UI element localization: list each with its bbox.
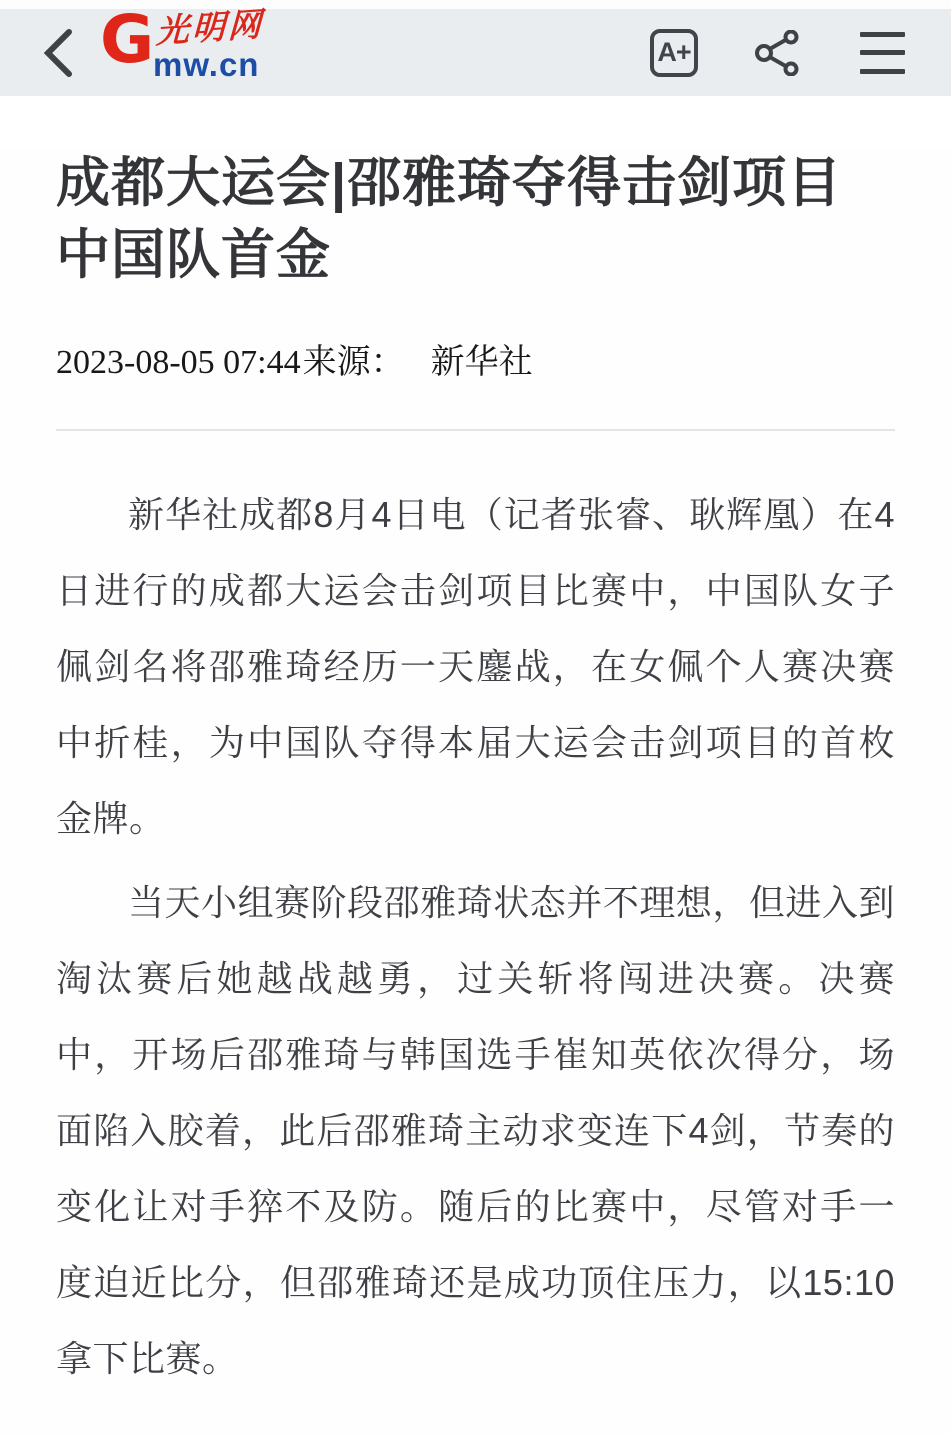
article-paragraph: 新华社成都8月4日电（记者张睿、耿辉凰）在4日进行的成都大运会击剑项目比赛中，中… — [56, 477, 895, 857]
article-paragraph: 当天小组赛阶段邵雅琦状态并不理想，但进入到淘汰赛后她越战越勇，过关斩将闯进决赛。… — [56, 865, 895, 1397]
font-size-button[interactable]: A+ — [650, 29, 698, 77]
publish-date: 2023-08-05 07:44 — [56, 344, 301, 382]
gmw-logo-g: G — [100, 7, 154, 73]
app-header: G 光明网 mw.cn A+ — [0, 9, 951, 96]
back-button[interactable] — [38, 27, 78, 79]
source-label: 来源： — [303, 334, 405, 383]
gmw-logo-script-text: 光明网 — [156, 9, 265, 50]
menu-button[interactable] — [860, 32, 905, 74]
gmw-logo[interactable]: G 光明网 mw.cn — [100, 17, 305, 89]
share-button[interactable] — [754, 29, 802, 77]
chevron-left-icon — [42, 28, 74, 78]
share-icon — [755, 30, 801, 76]
article-title: 成都大运会|邵雅琦夺得击剑项目中国队首金 — [56, 148, 895, 292]
source-name: 新华社 — [431, 334, 533, 383]
article-content: 成都大运会|邵雅琦夺得击剑项目中国队首金 2023-08-05 07:44 来源… — [0, 148, 951, 1435]
gmw-logo-domain-text: mw.cn — [153, 48, 259, 81]
article-meta: 2023-08-05 07:44 来源： 新华社 — [56, 334, 895, 383]
article-body: 新华社成都8月4日电（记者张睿、耿辉凰）在4日进行的成都大运会击剑项目比赛中，中… — [56, 431, 895, 1435]
font-size-button-label: A+ — [657, 37, 690, 68]
